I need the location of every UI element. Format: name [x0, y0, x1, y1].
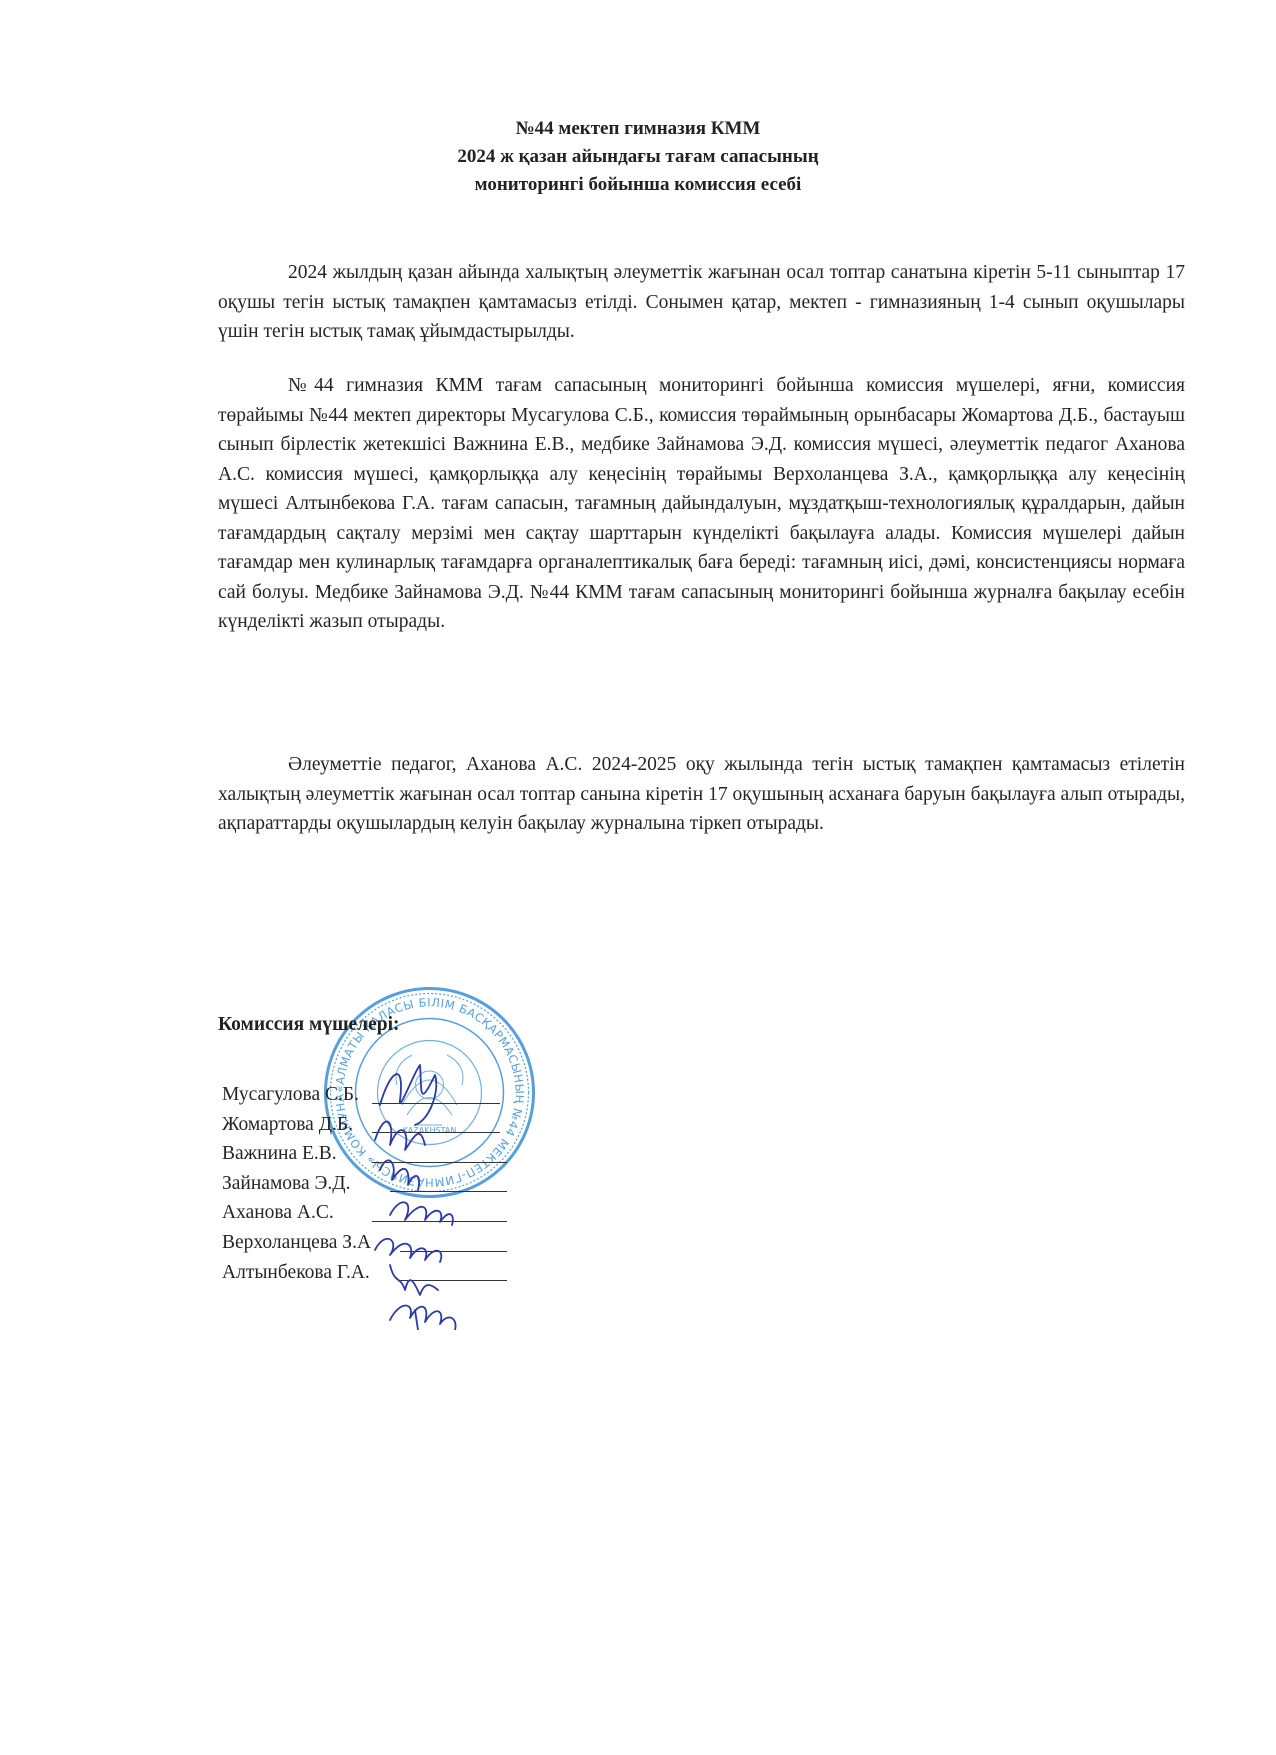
member-name: Аханова А.С.: [222, 1198, 334, 1228]
member-name: Жомартова Д.Б.: [222, 1110, 353, 1140]
paragraph-1: 2024 жылдың қазан айында халықтың әлеуме…: [218, 258, 1185, 347]
title-line-3: мониторингі бойынша комиссия есебі: [0, 171, 1276, 199]
member-row: Жомартова Д.Б.: [222, 1110, 371, 1140]
member-name: Алтынбекова Г.А.: [222, 1258, 370, 1288]
document-page: №44 мектеп гимназия КММ 2024 ж қазан айы…: [0, 0, 1276, 1755]
member-row: Верхоланцева З.А: [222, 1228, 371, 1258]
member-row: Мусагулова С.Б.: [222, 1080, 371, 1110]
members-heading: Комиссия мүшелері:: [218, 1014, 400, 1036]
member-row: Аханова А.С.: [222, 1198, 371, 1228]
handwritten-signatures-icon: [360, 1050, 560, 1330]
member-row: Важнина Е.В.: [222, 1139, 371, 1169]
member-name: Верхоланцева З.А: [222, 1228, 371, 1258]
paragraph-3-text: Әлеуметтіе педагог, Аханова А.С. 2024-20…: [218, 750, 1185, 839]
paragraph-1-text: 2024 жылдың қазан айында халықтың әлеуме…: [218, 258, 1185, 347]
paragraph-2-text: №44 гимназия КММ тағам сапасының монитор…: [218, 371, 1185, 637]
document-title: №44 мектеп гимназия КММ 2024 ж қазан айы…: [0, 115, 1276, 199]
paragraph-3: Әлеуметтіе педагог, Аханова А.С. 2024-20…: [218, 750, 1185, 839]
member-name: Важнина Е.В.: [222, 1139, 337, 1169]
members-list: Мусагулова С.Б. Жомартова Д.Б. Важнина Е…: [222, 1080, 371, 1287]
title-line-2: 2024 ж қазан айындағы тағам сапасының: [0, 143, 1276, 171]
member-row: Зайнамова Э.Д.: [222, 1169, 371, 1199]
member-name: Зайнамова Э.Д.: [222, 1169, 350, 1199]
paragraph-2: №44 гимназия КММ тағам сапасының монитор…: [218, 371, 1185, 637]
title-line-1: №44 мектеп гимназия КММ: [0, 115, 1276, 143]
member-row: Алтынбекова Г.А.: [222, 1258, 371, 1288]
member-name: Мусагулова С.Б.: [222, 1080, 359, 1110]
